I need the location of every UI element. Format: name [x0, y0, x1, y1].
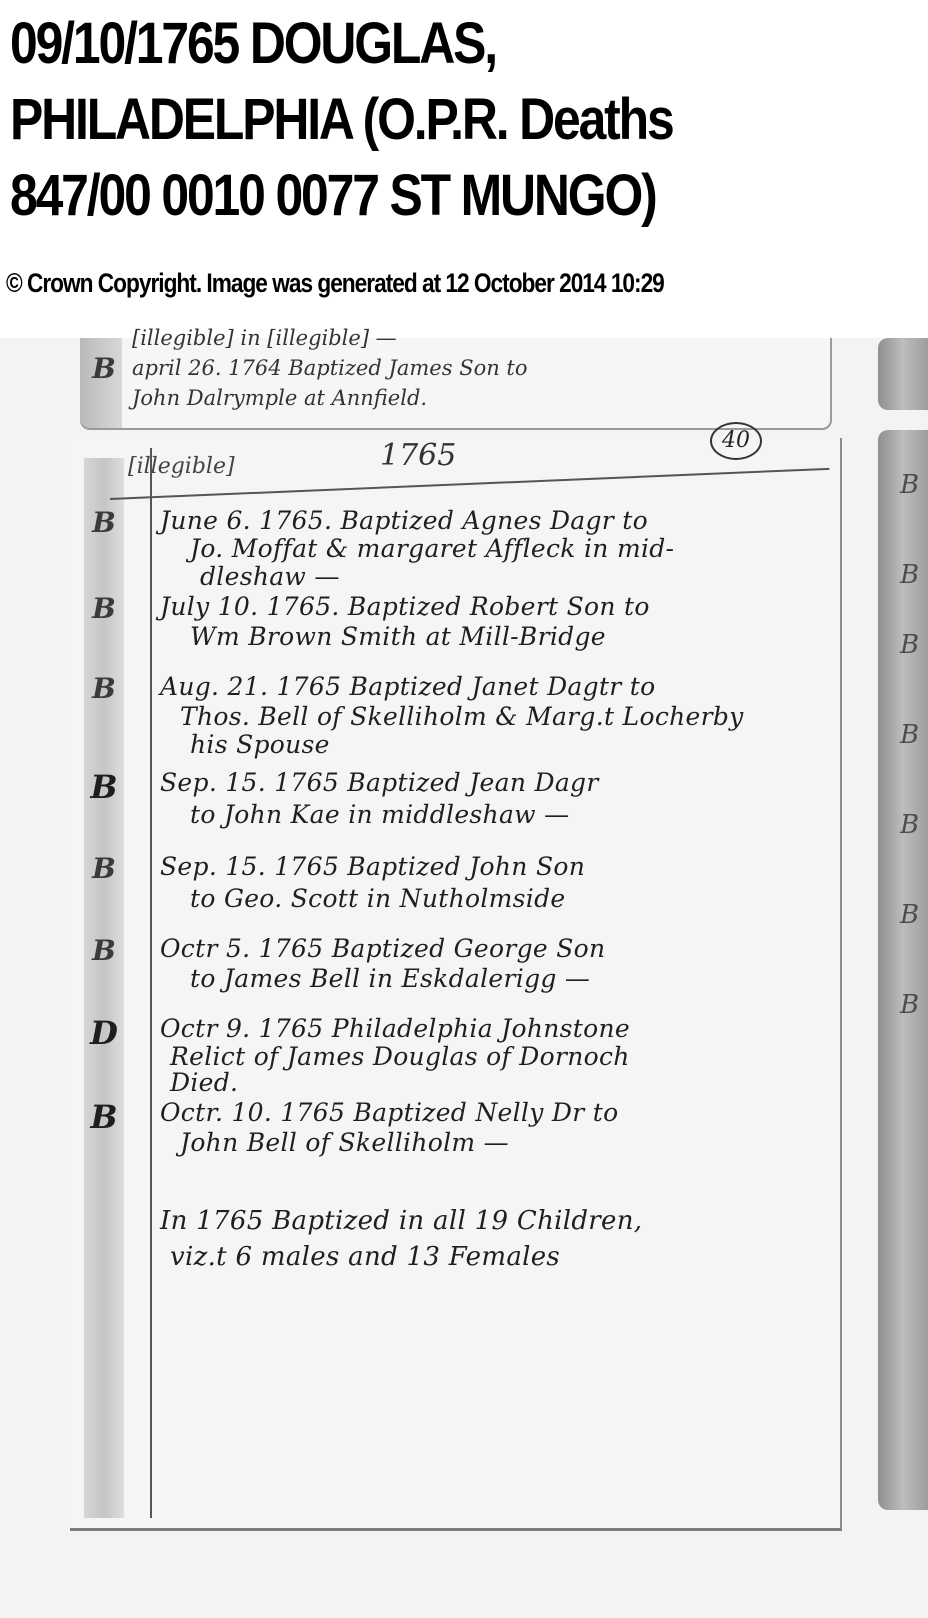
margin-marker: B	[900, 630, 919, 660]
neighbour-page-top	[878, 338, 928, 410]
record-header: 09/10/1765 DOUGLAS, PHILADELPHIA (O.P.R.…	[10, 6, 920, 234]
entry-line: John Bell of Skelliholm —	[180, 1128, 509, 1157]
corner-mark: [illegible]	[128, 454, 235, 479]
margin-marker: B	[900, 900, 919, 930]
record-title-line-1: 09/10/1765 DOUGLAS,	[10, 6, 793, 82]
margin-marker: B	[84, 352, 124, 385]
register-scan-image: B [illegible] in [illegible] — april 26.…	[0, 338, 928, 1618]
margin-marker: B	[84, 852, 124, 885]
margin-marker: B	[900, 470, 919, 500]
margin-marker: B	[84, 934, 124, 967]
previous-page-fragment: B [illegible] in [illegible] — april 26.…	[80, 338, 832, 430]
margin-marker: B	[900, 810, 919, 840]
copyright-notice: © Crown Copyright. Image was generated a…	[6, 268, 664, 299]
entry-line: July 10. 1765. Baptized Robert Son to	[160, 592, 650, 621]
margin-marker: B	[84, 768, 124, 806]
entry-line: Sep. 15. 1765 Baptized John Son	[160, 852, 585, 881]
summary-line: In 1765 Baptized in all 19 Children,	[160, 1206, 642, 1236]
margin-marker: B	[900, 990, 919, 1020]
entry-line: his Spouse	[190, 730, 330, 759]
previous-page-line: april 26. 1764 Baptized James Son to	[132, 356, 528, 380]
previous-page-line: [illegible] in [illegible] —	[132, 326, 397, 350]
entry-line: June 6. 1765. Baptized Agnes Dagr to	[160, 506, 648, 535]
entry-line: Octr 9. 1765 Philadelphia Johnstone	[160, 1014, 630, 1043]
margin-marker: B	[84, 592, 124, 625]
record-title-line-2: PHILADELPHIA (O.P.R. Deaths	[10, 82, 793, 158]
entry-line: dleshaw —	[200, 562, 340, 591]
entry-line: Sep. 15. 1765 Baptized Jean Dagr	[160, 768, 599, 797]
margin-marker: B	[900, 720, 919, 750]
entry-line: Jo. Moffat & margaret Affleck in mid-	[190, 534, 674, 563]
previous-page-line: John Dalrymple at Annfield.	[132, 386, 427, 410]
margin-marker: B	[84, 672, 124, 705]
margin-marker: B	[84, 1098, 124, 1136]
register-page: [illegible] 1765 40 B June 6. 1765. Bapt…	[70, 438, 842, 1531]
entry-line: to James Bell in Eskdalerigg —	[190, 964, 590, 993]
margin-marker: D	[84, 1014, 124, 1052]
margin-marker: B	[84, 506, 124, 539]
entry-line: Died.	[170, 1068, 238, 1097]
entry-line: Octr 5. 1765 Baptized George Son	[160, 934, 605, 963]
page-year-heading: 1765	[380, 438, 456, 473]
entry-line: to Geo. Scott in Nutholmside	[190, 884, 565, 913]
entry-line: Wm Brown Smith at Mill-Bridge	[190, 622, 606, 651]
page-number-circled: 40	[710, 422, 762, 460]
entry-line: Thos. Bell of Skelliholm & Marg.t Locher…	[180, 702, 744, 731]
entry-line: Relict of James Douglas of Dornoch	[170, 1042, 630, 1071]
entry-line: Aug. 21. 1765 Baptized Janet Dagtr to	[160, 672, 655, 701]
margin-rule	[150, 448, 152, 1518]
summary-line: viz.t 6 males and 13 Females	[170, 1242, 560, 1272]
entry-line: to John Kae in middleshaw —	[190, 800, 569, 829]
entry-line: Octr. 10. 1765 Baptized Nelly Dr to	[160, 1098, 618, 1127]
neighbour-page-strip: B B B B B B B	[878, 430, 928, 1510]
record-title-line-3: 847/00 0010 0077 ST MUNGO)	[10, 158, 793, 234]
margin-marker: B	[900, 560, 919, 590]
